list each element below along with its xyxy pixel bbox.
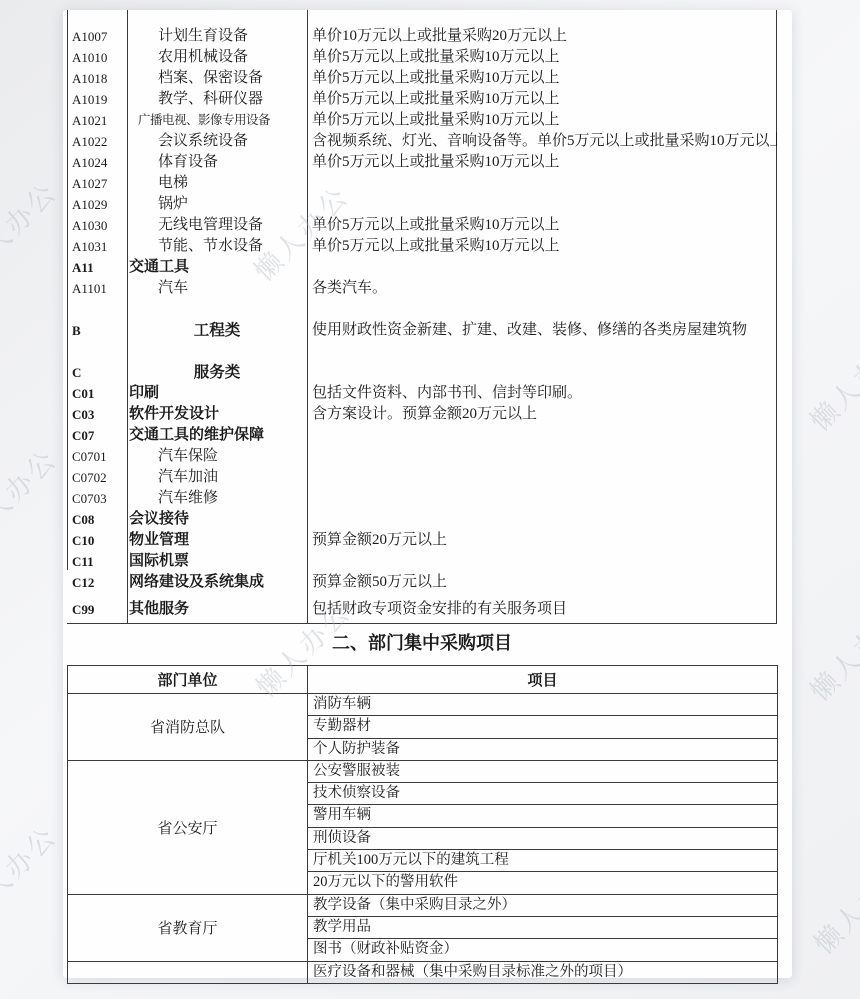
watermark-text: 懒人办公	[800, 596, 860, 708]
name-cell: 广播电视、影像专用设备	[127, 110, 307, 131]
project-cell: 医疗设备和器械（集中采购目录标准之外的项目）	[308, 961, 778, 983]
project-cell: 教学用品	[308, 916, 778, 938]
table-row: A1024 体育设备 单价5万元以上或批量采购10万元以上	[67, 152, 777, 173]
project-cell: 厅机关100万元以下的建筑工程	[308, 850, 778, 872]
name-cell: 物业管理	[127, 530, 307, 551]
code-cell: A1022	[67, 131, 127, 152]
name-cell: 交通工具的维护保障	[127, 425, 307, 446]
name-cell: 网络建设及系统集成	[127, 572, 307, 593]
desc-cell	[307, 509, 777, 530]
desc-cell: 含方案设计。预算金额20万元以上	[307, 404, 777, 425]
table-row: C 服务类	[67, 362, 777, 383]
code-cell: C0702	[67, 467, 127, 488]
section-title: 二、部门集中采购项目	[67, 630, 777, 656]
name-cell: 节能、节水设备	[127, 236, 307, 257]
table-row: A1010 农用机械设备 单价5万元以上或批量采购10万元以上	[67, 47, 777, 68]
name-cell: 电梯	[127, 173, 307, 194]
desc-cell	[307, 299, 777, 320]
code-cell	[67, 341, 127, 362]
desc-cell	[307, 194, 777, 215]
screenshot-canvas: A1007 计划生育设备 单价10万元以上或批量采购20万元以上 A1010 农…	[0, 0, 860, 999]
table-row: A1007 计划生育设备 单价10万元以上或批量采购20万元以上	[67, 26, 777, 47]
name-cell: 会议接待	[127, 509, 307, 530]
desc-cell	[307, 467, 777, 488]
code-cell: A1031	[67, 236, 127, 257]
code-cell: C99	[67, 599, 127, 620]
header-cell-project: 项目	[308, 666, 778, 694]
project-cell: 专勤器材	[308, 716, 778, 738]
code-cell: C01	[67, 383, 127, 404]
name-cell: 教学、科研仪器	[127, 89, 307, 110]
name-cell: 农用机械设备	[127, 47, 307, 68]
code-cell: C11	[67, 551, 127, 572]
table-row	[67, 341, 777, 362]
table-row: 省消防总队消防车辆	[68, 694, 778, 716]
desc-cell	[307, 446, 777, 467]
name-cell: 汽车	[127, 278, 307, 299]
project-cell: 警用车辆	[308, 805, 778, 827]
desc-cell: 包括财政专项资金安排的有关服务项目	[307, 599, 777, 620]
desc-cell	[307, 551, 777, 572]
name-cell: 软件开发设计	[127, 404, 307, 425]
code-cell: C07	[67, 425, 127, 446]
name-cell: 体育设备	[127, 152, 307, 173]
watermark-text: 懒人办公	[0, 816, 64, 928]
project-cell: 教学设备（集中采购目录之外）	[308, 894, 778, 916]
department-cell: 省教育厅	[68, 894, 308, 961]
table-row: 省教育厅教学设备（集中采购目录之外）	[68, 894, 778, 916]
desc-cell	[307, 173, 777, 194]
name-cell: 锅炉	[127, 194, 307, 215]
department-table: 部门单位 项目 省消防总队消防车辆专勤器材个人防护装备省公安厅公安警服被装技术侦…	[67, 665, 778, 984]
table-row: C10 物业管理 预算金额20万元以上	[67, 530, 777, 551]
watermark-text: 懒人办公	[0, 439, 64, 551]
desc-cell	[307, 425, 777, 446]
desc-cell: 预算金额50万元以上	[307, 572, 777, 593]
name-cell: 印刷	[127, 383, 307, 404]
watermark-text: 懒人办公	[800, 326, 860, 438]
code-cell: A1024	[67, 152, 127, 173]
code-cell: B	[67, 320, 127, 341]
table-row: C12 网络建设及系统集成 预算金额50万元以上	[67, 572, 777, 593]
desc-cell: 含视频系统、灯光、音响设备等。单价5万元以上或批量采购10万元以上	[307, 131, 777, 152]
table-row: C0701 汽车保险	[67, 446, 777, 467]
code-cell: A1029	[67, 194, 127, 215]
table-header-row: 部门单位 项目	[68, 666, 778, 694]
code-cell: A1030	[67, 215, 127, 236]
desc-cell	[307, 257, 777, 278]
desc-cell: 单价5万元以上或批量采购10万元以上	[307, 68, 777, 89]
table-row: A1101 汽车 各类汽车。	[67, 278, 777, 299]
desc-cell	[307, 488, 777, 509]
table-row: C11 国际机票	[67, 551, 777, 572]
code-cell: C10	[67, 530, 127, 551]
table-row: A1029 锅炉	[67, 194, 777, 215]
code-cell: A1101	[67, 278, 127, 299]
desc-cell: 预算金额20万元以上	[307, 530, 777, 551]
table-row: A1027 电梯	[67, 173, 777, 194]
code-cell: A1018	[67, 68, 127, 89]
code-cell: C03	[67, 404, 127, 425]
code-cell: C0701	[67, 446, 127, 467]
code-cell: A1007	[67, 26, 127, 47]
code-cell: A1010	[67, 47, 127, 68]
table-bottom-border	[67, 623, 777, 624]
name-cell: 交通工具	[127, 257, 307, 278]
desc-cell	[307, 362, 777, 383]
project-cell: 刑侦设备	[308, 827, 778, 849]
table-row: 医疗设备和器械（集中采购目录标准之外的项目）	[68, 961, 778, 983]
name-cell: 会议系统设备	[127, 131, 307, 152]
table-row: A1021 广播电视、影像专用设备 单价5万元以上或批量采购10万元以上	[67, 110, 777, 131]
desc-cell: 单价5万元以上或批量采购10万元以上	[307, 215, 777, 236]
table-row: C0702 汽车加油	[67, 467, 777, 488]
table-row: A11 交通工具	[67, 257, 777, 278]
table-row: A1019 教学、科研仪器 单价5万元以上或批量采购10万元以上	[67, 89, 777, 110]
desc-cell	[307, 341, 777, 362]
name-cell: 档案、保密设备	[127, 68, 307, 89]
code-cell: A1027	[67, 173, 127, 194]
desc-cell: 单价5万元以上或批量采购10万元以上	[307, 110, 777, 131]
project-cell: 图书（财政补贴资金）	[308, 939, 778, 961]
watermark-text: 懒人办公	[0, 172, 64, 284]
code-cell: C12	[67, 572, 127, 593]
desc-cell: 单价5万元以上或批量采购10万元以上	[307, 47, 777, 68]
project-cell: 20万元以下的警用软件	[308, 872, 778, 894]
name-cell: 服务类	[127, 362, 307, 383]
code-cell: C08	[67, 509, 127, 530]
catalog-table: A1007 计划生育设备 单价10万元以上或批量采购20万元以上 A1010 农…	[67, 10, 777, 624]
name-cell	[127, 341, 307, 362]
code-cell: A1021	[67, 110, 127, 131]
table-row: C99 其他服务 包括财政专项资金安排的有关服务项目	[67, 599, 777, 620]
table-row	[67, 299, 777, 320]
table-row: A1018 档案、保密设备 单价5万元以上或批量采购10万元以上	[67, 68, 777, 89]
table-row: 省公安厅公安警服被装	[68, 760, 778, 782]
project-cell: 技术侦察设备	[308, 783, 778, 805]
name-cell: 汽车维修	[127, 488, 307, 509]
desc-cell: 使用财政性资金新建、扩建、改建、装修、修缮的各类房屋建筑物	[307, 320, 777, 341]
table-row: C01 印刷 包括文件资料、内部书刊、信封等印刷。	[67, 383, 777, 404]
name-cell: 工程类	[127, 320, 307, 341]
name-cell: 计划生育设备	[127, 26, 307, 47]
table-row: C07 交通工具的维护保障	[67, 425, 777, 446]
name-cell: 无线电管理设备	[127, 215, 307, 236]
table-row: A1030 无线电管理设备 单价5万元以上或批量采购10万元以上	[67, 215, 777, 236]
department-cell: 省消防总队	[68, 694, 308, 761]
name-cell	[127, 299, 307, 320]
name-cell: 汽车保险	[127, 446, 307, 467]
code-cell	[67, 299, 127, 320]
code-cell: C	[67, 362, 127, 383]
table-row: C08 会议接待	[67, 509, 777, 530]
name-cell: 其他服务	[127, 599, 307, 620]
catalog-rows: A1007 计划生育设备 单价10万元以上或批量采购20万元以上 A1010 农…	[67, 26, 777, 620]
desc-cell: 各类汽车。	[307, 278, 777, 299]
desc-cell: 包括文件资料、内部书刊、信封等印刷。	[307, 383, 777, 404]
project-cell: 公安警服被装	[308, 760, 778, 782]
department-cell: 省公安厅	[68, 760, 308, 894]
document-page: A1007 计划生育设备 单价10万元以上或批量采购20万元以上 A1010 农…	[63, 10, 792, 978]
project-cell: 个人防护装备	[308, 738, 778, 760]
desc-cell: 单价5万元以上或批量采购10万元以上	[307, 152, 777, 173]
project-cell: 消防车辆	[308, 694, 778, 716]
department-table-wrap: 部门单位 项目 省消防总队消防车辆专勤器材个人防护装备省公安厅公安警服被装技术侦…	[67, 665, 778, 984]
watermark-text: 懒人办公	[804, 849, 860, 961]
table-row: B 工程类 使用财政性资金新建、扩建、改建、装修、修缮的各类房屋建筑物	[67, 320, 777, 341]
code-cell: C0703	[67, 488, 127, 509]
desc-cell: 单价10万元以上或批量采购20万元以上	[307, 26, 777, 47]
department-cell	[68, 961, 308, 983]
name-cell: 汽车加油	[127, 467, 307, 488]
code-cell: A11	[67, 257, 127, 278]
desc-cell: 单价5万元以上或批量采购10万元以上	[307, 89, 777, 110]
desc-cell: 单价5万元以上或批量采购10万元以上	[307, 236, 777, 257]
name-cell: 国际机票	[127, 551, 307, 572]
code-cell: A1019	[67, 89, 127, 110]
table-row: C03 软件开发设计 含方案设计。预算金额20万元以上	[67, 404, 777, 425]
table-row: C0703 汽车维修	[67, 488, 777, 509]
header-cell-department: 部门单位	[68, 666, 308, 694]
table-row: A1031 节能、节水设备 单价5万元以上或批量采购10万元以上	[67, 236, 777, 257]
table-row: A1022 会议系统设备 含视频系统、灯光、音响设备等。单价5万元以上或批量采购…	[67, 131, 777, 152]
